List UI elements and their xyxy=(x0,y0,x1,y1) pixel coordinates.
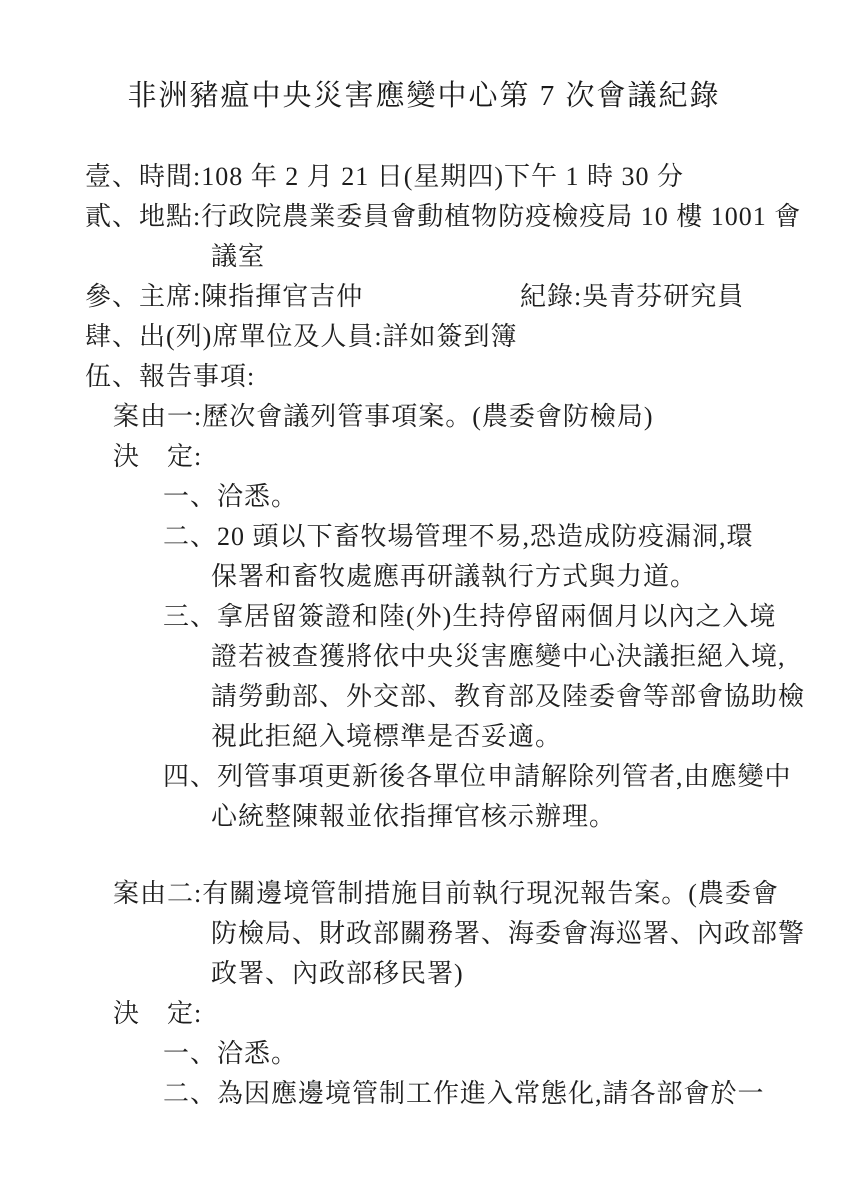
text-line: 一、洽悉。 xyxy=(0,477,848,517)
text-line-content: 四、列管事項更新後各單位申請解除列管者,由應變中 xyxy=(163,762,792,791)
page-title: 非洲豬瘟中央災害應變中心第 7 次會議紀錄 xyxy=(0,76,848,116)
text-line-content: 參、主席:陳指揮官吉仲 xyxy=(85,282,363,311)
text-line-content: 肆、出(列)席單位及人員:詳如簽到簿 xyxy=(85,322,518,351)
text-line: 決 定: xyxy=(0,994,848,1034)
text-line: 證若被查獲將依中央災害應變中心決議拒絕入境, xyxy=(0,637,848,677)
text-line-content: 視此拒絕入境標準是否妥適。 xyxy=(211,722,562,751)
recorder-label: 紀錄:吳青芬研究員 xyxy=(520,277,744,317)
text-line-content: 案由二:有關邊境管制措施目前執行現況報告案。(農委會 xyxy=(113,879,779,908)
text-line-content: 證若被查獲將依中央災害應變中心決議拒絕入境, xyxy=(211,642,786,671)
text-line: 肆、出(列)席單位及人員:詳如簽到簿 xyxy=(0,317,848,357)
text-line: 案由一:歷次會議列管事項案。(農委會防檢局) xyxy=(0,397,848,437)
text-line: 一、洽悉。 xyxy=(0,1034,848,1074)
text-line: 請勞動部、外交部、教育部及陸委會等部會協助檢 xyxy=(0,677,848,717)
text-line: 三、拿居留簽證和陸(外)生持停留兩個月以內之入境 xyxy=(0,597,848,637)
text-line: 案由二:有關邊境管制措施目前執行現況報告案。(農委會 xyxy=(0,874,848,914)
text-line: 議室 xyxy=(0,237,848,277)
text-line-content: 二、20 頭以下畜牧場管理不易,恐造成防疫漏洞,環 xyxy=(163,522,754,551)
text-line: 政署、內政部移民署) xyxy=(0,954,848,994)
text-line-content: 伍、報告事項: xyxy=(85,362,255,391)
text-line: 貳、地點:行政院農業委員會動植物防疫檢疫局 10 樓 1001 會 xyxy=(0,197,848,237)
text-line-content: 請勞動部、外交部、教育部及陸委會等部會協助檢 xyxy=(211,682,805,711)
text-line-content: 防檢局、財政部關務署、海委會海巡署、內政部警 xyxy=(211,919,805,948)
text-line-content: 一、洽悉。 xyxy=(163,1039,298,1068)
document-body: 壹、時間:108 年 2 月 21 日(星期四)下午 1 時 30 分貳、地點:… xyxy=(0,157,848,1114)
text-line: 壹、時間:108 年 2 月 21 日(星期四)下午 1 時 30 分 xyxy=(0,157,848,197)
text-line: 決 定: xyxy=(0,437,848,477)
text-line-content: 議室 xyxy=(211,242,265,271)
text-line-content: 保署和畜牧處應再研議執行方式與力道。 xyxy=(211,562,697,591)
text-line: 四、列管事項更新後各單位申請解除列管者,由應變中 xyxy=(0,757,848,797)
text-line-content: 貳、地點:行政院農業委員會動植物防疫檢疫局 10 樓 1001 會 xyxy=(85,202,801,231)
text-line: 保署和畜牧處應再研議執行方式與力道。 xyxy=(0,557,848,597)
text-line: 伍、報告事項: xyxy=(0,357,848,397)
text-line-content: 壹、時間:108 年 2 月 21 日(星期四)下午 1 時 30 分 xyxy=(85,162,684,191)
text-line-content: 決 定: xyxy=(113,442,202,471)
scanned-meeting-minutes-page: 非洲豬瘟中央災害應變中心第 7 次會議紀錄 壹、時間:108 年 2 月 21 … xyxy=(0,0,848,1200)
text-line: 心統整陳報並依指揮官核示辦理。 xyxy=(0,797,848,837)
text-line-content: 三、拿居留簽證和陸(外)生持停留兩個月以內之入境 xyxy=(163,602,776,631)
text-line: 二、20 頭以下畜牧場管理不易,恐造成防疫漏洞,環 xyxy=(0,517,848,557)
text-line-content: 決 定: xyxy=(113,999,202,1028)
text-line-content: 二、為因應邊境管制工作進入常態化,請各部會於一 xyxy=(163,1079,765,1108)
text-line-content: 心統整陳報並依指揮官核示辦理。 xyxy=(211,802,616,831)
text-line-content: 政署、內政部移民署) xyxy=(211,959,464,988)
text-line-content: 一、洽悉。 xyxy=(163,482,298,511)
text-line: 視此拒絕入境標準是否妥適。 xyxy=(0,717,848,757)
text-line-content: 案由一:歷次會議列管事項案。(農委會防檢局) xyxy=(113,402,654,431)
text-line: 二、為因應邊境管制工作進入常態化,請各部會於一 xyxy=(0,1074,848,1114)
text-line: 參、主席:陳指揮官吉仲紀錄:吳青芬研究員 xyxy=(0,277,848,317)
text-line: 防檢局、財政部關務署、海委會海巡署、內政部警 xyxy=(0,914,848,954)
